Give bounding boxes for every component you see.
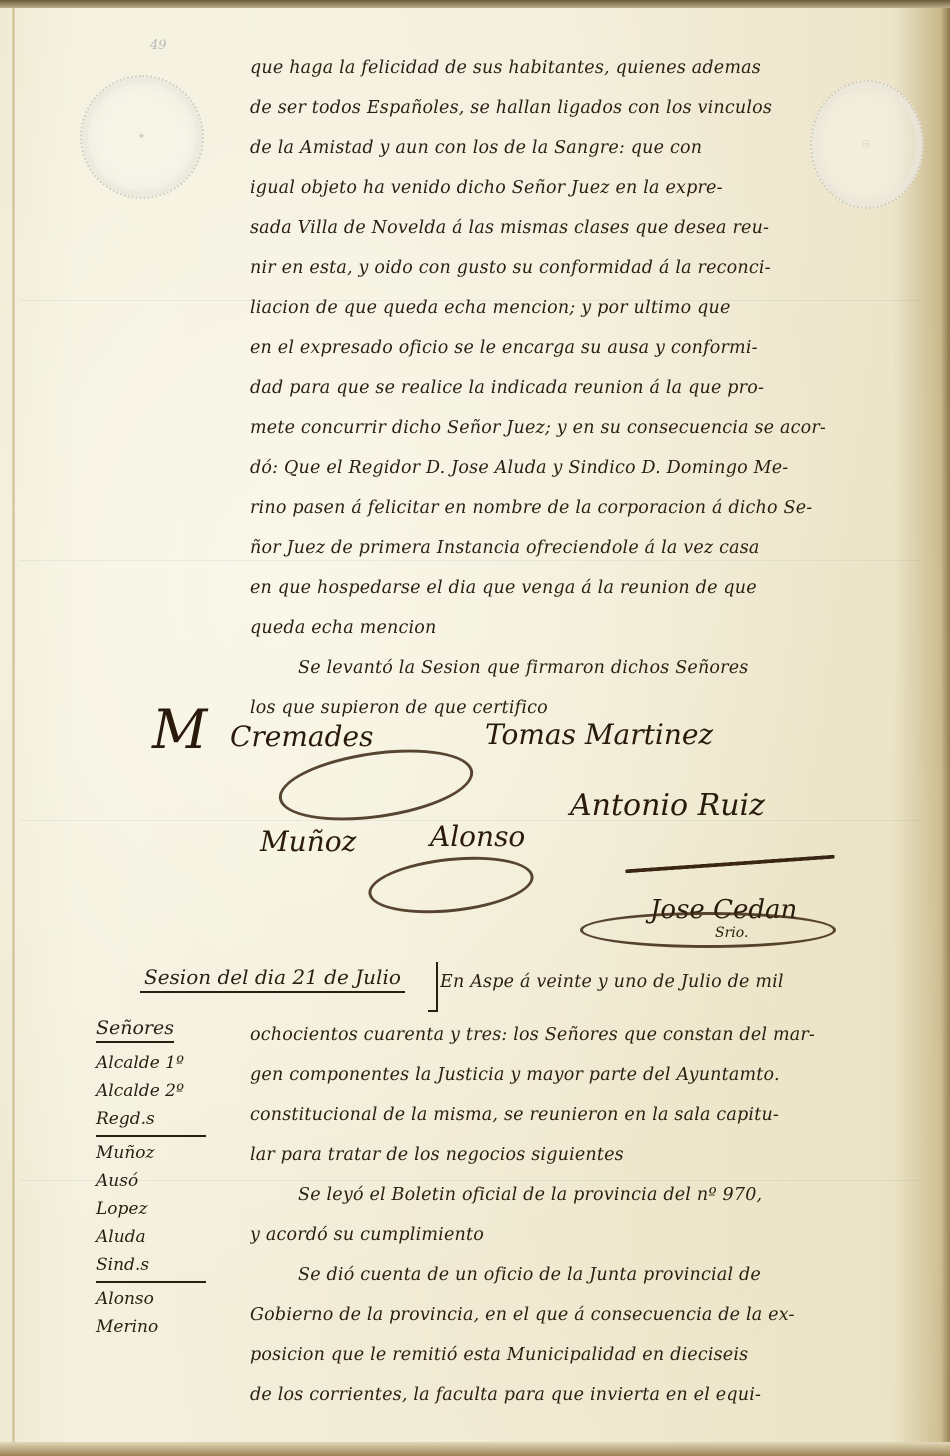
text-line: posicion que le remitió esta Municipalid…	[250, 1335, 890, 1375]
margin-official: Alcalde 1º	[96, 1049, 216, 1077]
margin-regidor: Lopez	[96, 1195, 216, 1223]
signature-block: M Cremades Tomas Martinez Antonio Ruiz M…	[140, 690, 860, 960]
text-line: En Aspe á veinte y uno de Julio de mil	[440, 962, 900, 1002]
margin-sindico: Merino	[96, 1313, 216, 1341]
margin-heading: Señores	[96, 1015, 174, 1043]
margin-regidor: Ausó	[96, 1167, 216, 1195]
text-line: de la Amistad y aun con los de la Sangre…	[250, 128, 890, 168]
margin-sindicos-label: Sind.s	[96, 1251, 216, 1279]
text-line: en el expresado oficio se le encarga su …	[250, 328, 890, 368]
binding-fold	[12, 8, 15, 1448]
text-line: Se leyó el Boletin oficial de la provinc…	[250, 1175, 890, 1215]
text-line: lar para tratar de los negocios siguient…	[250, 1135, 890, 1175]
text-line: gen componentes la Justicia y mayor part…	[250, 1055, 890, 1095]
text-line: igual objeto ha venido dicho Señor Juez …	[250, 168, 890, 208]
margin-regidor: Muñoz	[96, 1139, 216, 1167]
signature-rubric	[580, 912, 836, 948]
text-line: ochocientos cuarenta y tres: los Señores…	[250, 1015, 890, 1055]
text-line: liacion de que queda echa mencion; y por…	[250, 288, 890, 328]
text-line: en que hospedarse el dia que venga á la …	[250, 568, 890, 608]
text-line: dad para que se realice la indicada reun…	[250, 368, 890, 408]
signature-alonso: Alonso	[430, 820, 525, 853]
signature-martinez: Tomas Martinez	[485, 718, 713, 751]
text-line: sada Villa de Novelda á las mismas clase…	[250, 208, 890, 248]
margin-divider	[96, 1135, 206, 1137]
signature-ruiz: Antonio Ruiz	[570, 788, 765, 823]
embossed-seal-icon: ✦	[80, 75, 204, 199]
page-top-edge	[0, 0, 950, 8]
text-line: constitucional de la misma, se reunieron…	[250, 1095, 890, 1135]
text-line: nir en esta, y oido con gusto su conform…	[250, 248, 890, 288]
text-line: dó: Que el Regidor D. Jose Aluda y Sindi…	[250, 448, 890, 488]
text-line: queda echa mencion	[250, 608, 890, 648]
continuation-text: que haga la felicidad de sus habitantes,…	[250, 48, 890, 728]
margin-regidor: Aluda	[96, 1223, 216, 1251]
signature-cremades: Cremades	[230, 720, 374, 753]
margin-attendance-list: Señores Alcalde 1º Alcalde 2º Regd.s Muñ…	[96, 1015, 216, 1341]
page-bottom-edge	[0, 1442, 950, 1456]
text-line: rino pasen á felicitar en nombre de la c…	[250, 488, 890, 528]
signature-mark: M	[152, 698, 207, 761]
closing-line: Se levantó la Sesion que firmaron dichos…	[250, 648, 890, 688]
margin-official: Regd.s	[96, 1105, 216, 1133]
text-line: de los corrientes, la faculta para que i…	[250, 1375, 890, 1415]
text-line: Se dió cuenta de un oficio de la Junta p…	[250, 1255, 890, 1295]
session-opening: En Aspe á veinte y uno de Julio de mil	[440, 962, 900, 1002]
manuscript-page: 49 ✦ ☉ que haga la felicidad de sus habi…	[0, 0, 950, 1456]
signature-rubric	[366, 849, 537, 920]
text-line: mete concurrir dicho Señor Juez; y en su…	[250, 408, 890, 448]
margin-sindico: Alonso	[96, 1285, 216, 1313]
folio-number: 49	[150, 38, 167, 53]
text-line: y acordó su cumplimiento	[250, 1215, 890, 1255]
session-heading: Sesion del dia 21 de Julio	[140, 965, 405, 993]
heading-bracket	[428, 962, 438, 1012]
text-line: Gobierno de la provincia, en el que á co…	[250, 1295, 890, 1335]
margin-divider	[96, 1281, 206, 1283]
text-line: que haga la felicidad de sus habitantes,…	[250, 48, 890, 88]
text-line: de ser todos Españoles, se hallan ligado…	[250, 88, 890, 128]
text-line: ñor Juez de primera Instancia ofreciendo…	[250, 528, 890, 568]
signature-munoz: Muñoz	[260, 825, 356, 858]
session-body: ochocientos cuarenta y tres: los Señores…	[250, 1015, 890, 1415]
signature-rubric	[625, 855, 835, 874]
margin-official: Alcalde 2º	[96, 1077, 216, 1105]
